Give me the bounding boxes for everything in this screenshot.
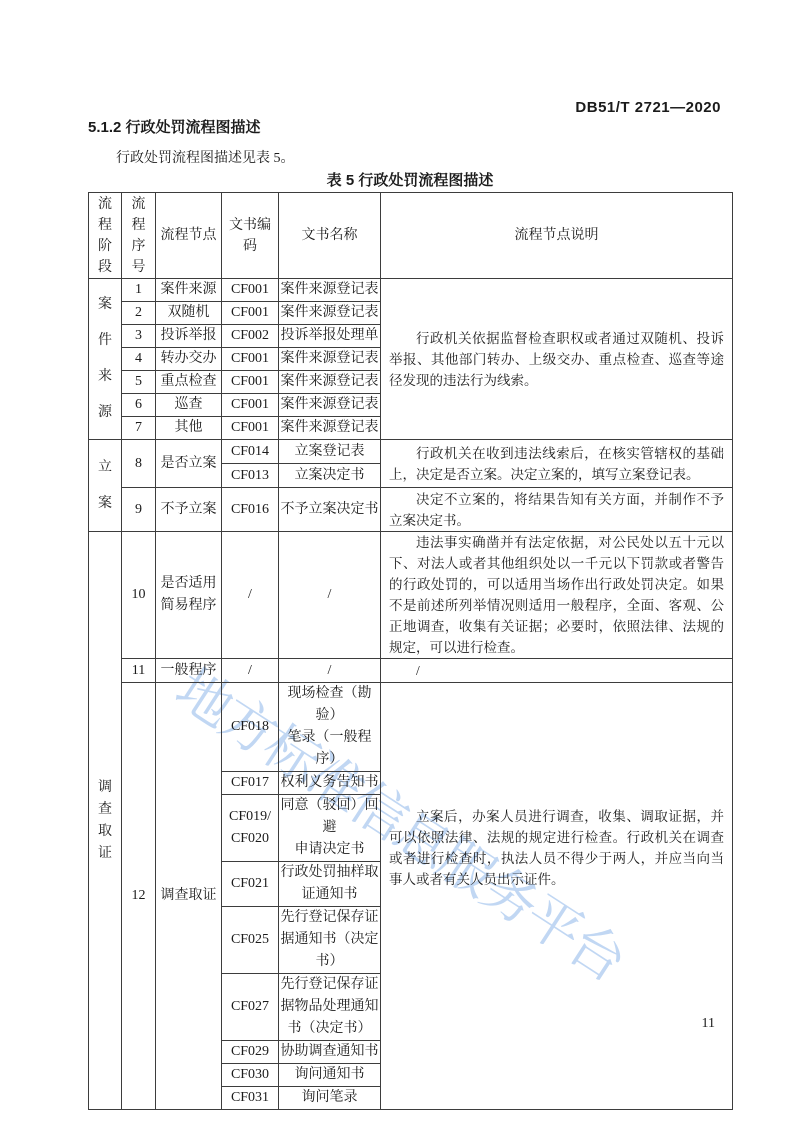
intro-paragraph: 行政处罚流程图描述见表 5。 bbox=[116, 147, 295, 167]
node-cell: 巡查 bbox=[156, 394, 222, 417]
name-cell: 权利义务告知书 bbox=[279, 772, 381, 795]
node-cell: 其他 bbox=[156, 417, 222, 440]
code-cell: CF025 bbox=[222, 907, 279, 974]
name-cell: 现场检查（勘验） 笔录（一般程序） bbox=[279, 683, 381, 772]
code-cell: CF030 bbox=[222, 1064, 279, 1087]
seq-cell: 5 bbox=[122, 371, 156, 394]
section-heading: 5.1.2 行政处罚流程图描述 bbox=[88, 116, 261, 137]
name-cell: 先行登记保存证 据通知书（决定 书） bbox=[279, 907, 381, 974]
code-cell: CF001 bbox=[222, 371, 279, 394]
code-cell: CF014 bbox=[222, 440, 279, 464]
node-cell: 一般程序 bbox=[156, 659, 222, 683]
code-cell: / bbox=[222, 532, 279, 659]
name-cell: 案件来源登记表 bbox=[279, 279, 381, 302]
table-row: 立案 8 是否立案 CF014 立案登记表 行政机关在收到违法线索后，在核实管辖… bbox=[89, 440, 733, 464]
table-row: 12 调查取证 CF018 现场检查（勘验） 笔录（一般程序） 立案后，办案人员… bbox=[89, 683, 733, 772]
name-cell: 案件来源登记表 bbox=[279, 394, 381, 417]
stage-cell-case-source: 案件来源 bbox=[89, 279, 122, 440]
desc-cell-filing: 行政机关在收到违法线索后，在核实管辖权的基础上，决定是否立案。决定立案的，填写立… bbox=[381, 440, 733, 488]
stage-cell-investigation: 调查取证 bbox=[89, 532, 122, 1110]
name-cell: 同意（驳回）回避 申请决定书 bbox=[279, 795, 381, 862]
node-cell: 是否适用 简易程序 bbox=[156, 532, 222, 659]
penalty-flow-table: 流程阶段 流程序号 流程节点 文书编码 文书名称 流程节点说明 案件来源 1 案… bbox=[88, 192, 733, 1110]
name-cell: 询问通知书 bbox=[279, 1064, 381, 1087]
table-header-row: 流程阶段 流程序号 流程节点 文书编码 文书名称 流程节点说明 bbox=[89, 193, 733, 279]
code-cell: CF002 bbox=[222, 325, 279, 348]
name-cell: / bbox=[279, 532, 381, 659]
col-header-stage: 流程阶段 bbox=[89, 193, 122, 279]
code-cell: CF013 bbox=[222, 464, 279, 488]
stage-cell-filing: 立案 bbox=[89, 440, 122, 532]
page-number: 11 bbox=[702, 1016, 715, 1032]
name-cell: 协助调查通知书 bbox=[279, 1041, 381, 1064]
node-cell: 重点检查 bbox=[156, 371, 222, 394]
code-cell: CF001 bbox=[222, 417, 279, 440]
code-cell: CF001 bbox=[222, 394, 279, 417]
seq-cell: 4 bbox=[122, 348, 156, 371]
seq-cell: 1 bbox=[122, 279, 156, 302]
name-cell: 先行登记保存证 据物品处理通知 书（决定书） bbox=[279, 974, 381, 1041]
node-cell: 投诉举报 bbox=[156, 325, 222, 348]
code-cell: / bbox=[222, 659, 279, 683]
seq-cell: 9 bbox=[122, 488, 156, 532]
name-cell: / bbox=[279, 659, 381, 683]
name-cell: 案件来源登记表 bbox=[279, 348, 381, 371]
node-cell: 调查取证 bbox=[156, 683, 222, 1110]
standard-number: DB51/T 2721—2020 bbox=[575, 99, 721, 116]
code-cell: CF017 bbox=[222, 772, 279, 795]
code-cell: CF001 bbox=[222, 302, 279, 325]
name-cell: 询问笔录 bbox=[279, 1087, 381, 1110]
code-cell: CF018 bbox=[222, 683, 279, 772]
seq-cell: 8 bbox=[122, 440, 156, 488]
seq-cell: 12 bbox=[122, 683, 156, 1110]
table-row: 9 不予立案 CF016 不予立案决定书 决定不立案的，将结果告知有关方面，并制… bbox=[89, 488, 733, 532]
desc-cell-investigation: 立案后，办案人员进行调查，收集、调取证据，并可以依照法律、法规的规定进行检查。行… bbox=[381, 683, 733, 1110]
code-cell: CF027 bbox=[222, 974, 279, 1041]
desc-cell-summary-procedure: 违法事实确凿并有法定依据，对公民处以五十元以下、对法人或者其他组织处以一千元以下… bbox=[381, 532, 733, 659]
col-header-code: 文书编码 bbox=[222, 193, 279, 279]
node-cell: 案件来源 bbox=[156, 279, 222, 302]
node-cell: 不予立案 bbox=[156, 488, 222, 532]
node-cell: 是否立案 bbox=[156, 440, 222, 488]
name-cell: 案件来源登记表 bbox=[279, 371, 381, 394]
name-cell: 立案登记表 bbox=[279, 440, 381, 464]
seq-cell: 3 bbox=[122, 325, 156, 348]
code-cell: CF021 bbox=[222, 862, 279, 907]
seq-cell: 11 bbox=[122, 659, 156, 683]
table-row: 调查取证 10 是否适用 简易程序 / / 违法事实确凿并有法定依据，对公民处以… bbox=[89, 532, 733, 659]
table-row: 案件来源 1 案件来源 CF001 案件来源登记表 行政机关依据监督检查职权或者… bbox=[89, 279, 733, 302]
desc-cell-case-source: 行政机关依据监督检查职权或者通过双随机、投诉举报、其他部门转办、上级交办、重点检… bbox=[381, 279, 733, 440]
seq-cell: 10 bbox=[122, 532, 156, 659]
name-cell: 案件来源登记表 bbox=[279, 302, 381, 325]
code-cell: CF031 bbox=[222, 1087, 279, 1110]
name-cell: 案件来源登记表 bbox=[279, 417, 381, 440]
col-header-node: 流程节点 bbox=[156, 193, 222, 279]
seq-cell: 6 bbox=[122, 394, 156, 417]
col-header-name: 文书名称 bbox=[279, 193, 381, 279]
name-cell: 行政处罚抽样取 证通知书 bbox=[279, 862, 381, 907]
name-cell: 立案决定书 bbox=[279, 464, 381, 488]
code-cell: CF029 bbox=[222, 1041, 279, 1064]
seq-cell: 7 bbox=[122, 417, 156, 440]
node-cell: 双随机 bbox=[156, 302, 222, 325]
document-page: { "page": { "doc_number": "DB51/T 2721—2… bbox=[0, 0, 793, 1122]
table-title: 表 5 行政处罚流程图描述 bbox=[88, 169, 732, 190]
code-cell: CF001 bbox=[222, 348, 279, 371]
seq-cell: 2 bbox=[122, 302, 156, 325]
node-cell: 转办交办 bbox=[156, 348, 222, 371]
name-cell: 投诉举报处理单 bbox=[279, 325, 381, 348]
col-header-desc: 流程节点说明 bbox=[381, 193, 733, 279]
name-cell: 不予立案决定书 bbox=[279, 488, 381, 532]
table-row: 11 一般程序 / / / bbox=[89, 659, 733, 683]
code-cell: CF001 bbox=[222, 279, 279, 302]
desc-cell-no-filing: 决定不立案的，将结果告知有关方面，并制作不予立案决定书。 bbox=[381, 488, 733, 532]
col-header-seq: 流程序号 bbox=[122, 193, 156, 279]
code-cell: CF019/ CF020 bbox=[222, 795, 279, 862]
code-cell: CF016 bbox=[222, 488, 279, 532]
desc-cell-general-procedure: / bbox=[381, 659, 733, 683]
